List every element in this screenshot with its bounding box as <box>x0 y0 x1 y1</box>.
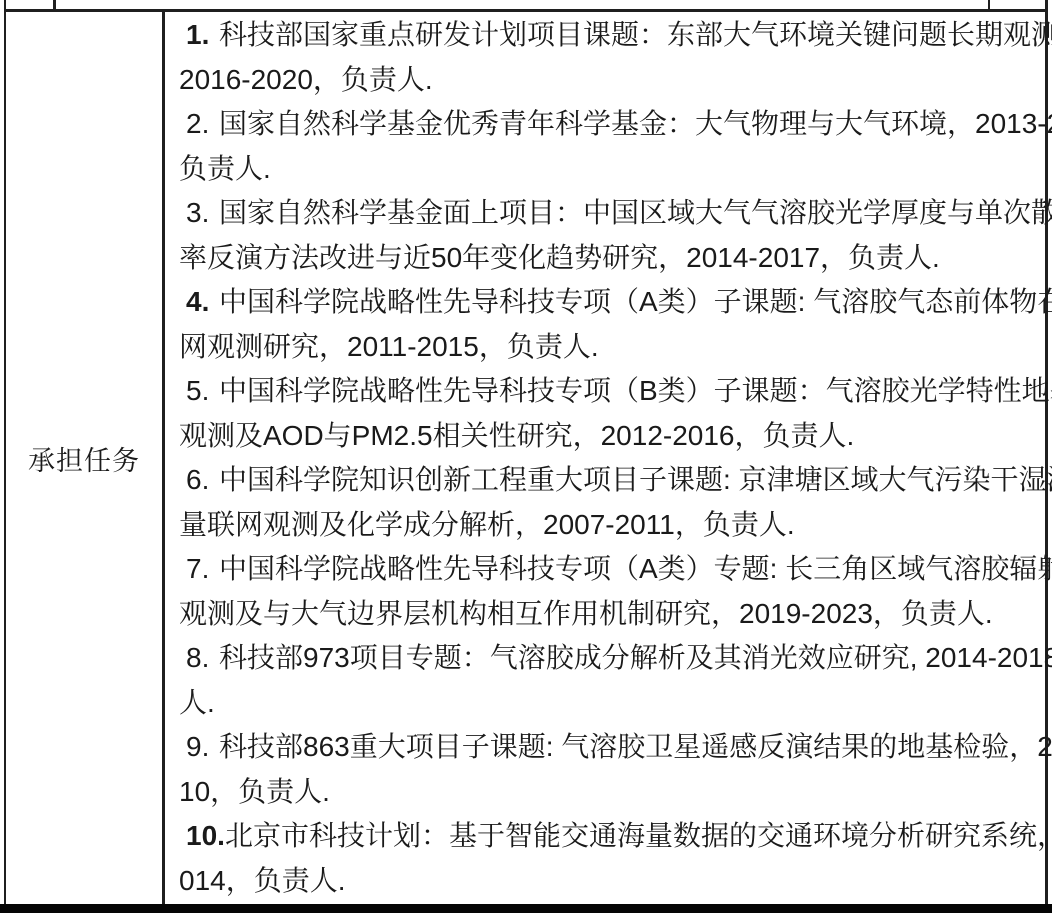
task-line-continuation: 量联网观测及化学成分解析，2007-2011，负责人. <box>165 503 1045 548</box>
task-text: 观测及与大气边界层机构相互作用机制研究，2019-2023，负责人. <box>179 598 993 629</box>
task-number: 1. <box>186 13 219 58</box>
task-line: 9.科技部863重大项目子课题: 气溶胶卫星遥感反演结果的地基检验，2007-2… <box>165 725 1045 770</box>
row-label-cell: 承担任务 <box>6 12 162 904</box>
task-line-continuation: 10，负责人. <box>165 770 1045 815</box>
task-text: 014，负责人. <box>179 865 346 896</box>
task-line-continuation: 观测及与大气边界层机构相互作用机制研究，2019-2023，负责人. <box>165 592 1045 637</box>
task-text: 科技部973项目专题：气溶胶成分解析及其消光效应研究, 2014-2018，负责 <box>219 642 1052 673</box>
task-line-continuation: 人. <box>165 681 1045 726</box>
task-text: 北京市科技计划：基于智能交通海量数据的交通环境分析研究系统，2013-2 <box>225 820 1052 851</box>
task-text: 中国科学院战略性先导科技专项（B类）子课题：气溶胶光学特性地基联网 <box>219 375 1052 406</box>
task-line: 6.中国科学院知识创新工程重大项目子课题: 京津塘区域大气污染干湿沉降通 <box>165 458 1045 503</box>
task-text: 率反演方法改进与近50年变化趋势研究，2014-2017，负责人. <box>179 242 940 273</box>
task-number: 7. <box>186 547 219 592</box>
task-line: 7.中国科学院战略性先导科技专项（A类）专题: 长三角区域气溶胶辐射强迫 <box>165 547 1045 592</box>
upper-row-divider-stub-right <box>988 0 990 11</box>
task-number: 5. <box>186 369 219 414</box>
document-page: 承担任务 1.科技部国家重点研发计划项目课题：东部大气环境关键问题长期观测研究，… <box>0 0 1052 913</box>
task-line: 4.中国科学院战略性先导科技专项（A类）子课题: 气溶胶气态前体物在线联 <box>165 280 1045 325</box>
task-text: 10，负责人. <box>179 776 330 807</box>
task-line: 1.科技部国家重点研发计划项目课题：东部大气环境关键问题长期观测研究， <box>165 13 1045 58</box>
task-text: 观测及AOD与PM2.5相关性研究，2012-2016，负责人. <box>179 420 854 451</box>
task-text: 2016-2020，负责人. <box>179 64 433 95</box>
task-text: 中国科学院知识创新工程重大项目子课题: 京津塘区域大气污染干湿沉降通 <box>219 464 1052 495</box>
task-number: 4. <box>186 280 219 325</box>
tasks-cell: 1.科技部国家重点研发计划项目课题：东部大气环境关键问题长期观测研究， 2016… <box>165 11 1045 904</box>
task-line-continuation: 率反演方法改进与近50年变化趋势研究，2014-2017，负责人. <box>165 236 1045 281</box>
task-line-continuation: 负责人. <box>165 147 1045 192</box>
task-line: 2.国家自然科学基金优秀青年科学基金：大气物理与大气环境，2013-2015， <box>165 102 1045 147</box>
task-line-continuation: 2016-2020，负责人. <box>165 58 1045 103</box>
task-text: 量联网观测及化学成分解析，2007-2011，负责人. <box>179 509 795 540</box>
task-text: 负责人. <box>179 153 271 184</box>
upper-row-divider-stub-left <box>53 0 56 11</box>
task-number: 9. <box>186 725 219 770</box>
task-line-continuation: 网观测研究，2011-2015，负责人. <box>165 325 1045 370</box>
task-text: 国家自然科学基金面上项目：中国区域大气气溶胶光学厚度与单次散射反照 <box>219 197 1052 228</box>
task-line: 5.中国科学院战略性先导科技专项（B类）子课题：气溶胶光学特性地基联网 <box>165 369 1045 414</box>
task-text: 中国科学院战略性先导科技专项（A类）子课题: 气溶胶气态前体物在线联 <box>219 286 1052 317</box>
task-number: 3. <box>186 191 219 236</box>
table-bottom-border <box>0 904 1052 913</box>
task-text: 科技部国家重点研发计划项目课题：东部大气环境关键问题长期观测研究， <box>219 19 1052 50</box>
task-line-continuation: 014，负责人. <box>165 859 1045 904</box>
task-number: 8. <box>186 636 219 681</box>
task-text: 中国科学院战略性先导科技专项（A类）专题: 长三角区域气溶胶辐射强迫 <box>219 553 1052 584</box>
task-number: 10. <box>186 814 225 859</box>
task-line: 3.国家自然科学基金面上项目：中国区域大气气溶胶光学厚度与单次散射反照 <box>165 191 1045 236</box>
task-text: 国家自然科学基金优秀青年科学基金：大气物理与大气环境，2013-2015， <box>219 108 1052 139</box>
task-text: 人. <box>179 687 215 718</box>
task-text: 科技部863重大项目子课题: 气溶胶卫星遥感反演结果的地基检验，2007-20 <box>219 731 1052 762</box>
task-line: 8.科技部973项目专题：气溶胶成分解析及其消光效应研究, 2014-2018，… <box>165 636 1045 681</box>
task-text: 网观测研究，2011-2015，负责人. <box>179 331 599 362</box>
task-number: 6. <box>186 458 219 503</box>
task-line-continuation: 观测及AOD与PM2.5相关性研究，2012-2016，负责人. <box>165 414 1045 459</box>
task-number: 2. <box>186 102 219 147</box>
row-label: 承担任务 <box>28 439 140 478</box>
task-line: 10.北京市科技计划：基于智能交通海量数据的交通环境分析研究系统，2013-2 <box>165 814 1045 859</box>
